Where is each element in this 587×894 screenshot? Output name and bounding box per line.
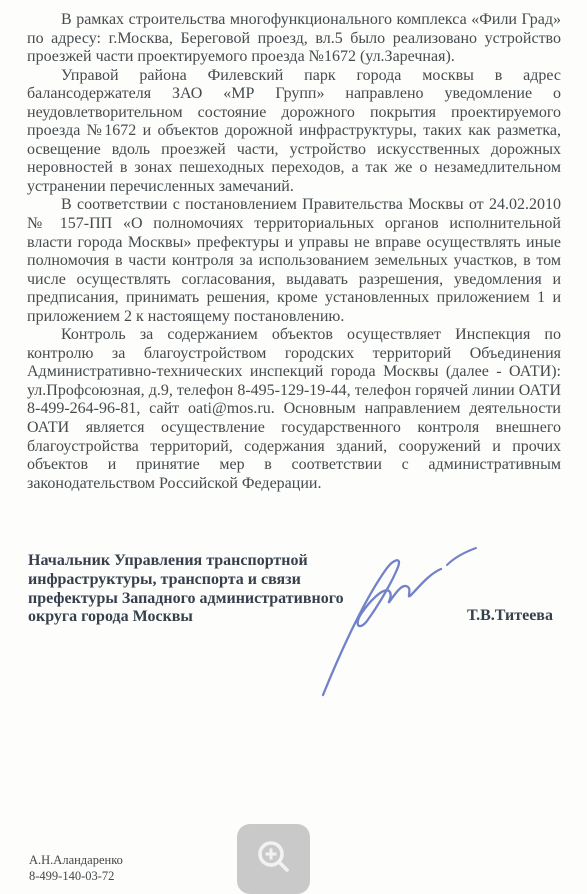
signature-stroke-main [323, 560, 441, 695]
paragraph-4: Контроль за содержанием объектов осущест… [27, 326, 561, 493]
executor-name: А.Н.Аландаренко [29, 853, 123, 869]
document-page: В рамках строительства многофункциональн… [0, 0, 587, 894]
executor-block: А.Н.Аландаренко 8-499-140-03-72 [29, 853, 123, 884]
executor-phone: 8-499-140-03-72 [29, 869, 123, 885]
paragraph-2: Управой района Филевский парк города мос… [27, 67, 561, 197]
zoom-in-icon [253, 838, 295, 880]
signature-scribble [295, 543, 495, 713]
paragraph-1: В рамках строительства многофункциональн… [27, 11, 561, 67]
signer-name: Т.В.Титеева [467, 607, 553, 625]
letter-body: В рамках строительства многофункциональн… [27, 11, 561, 493]
signature-stroke-tick [447, 548, 476, 565]
zoom-button[interactable] [237, 824, 310, 894]
paragraph-3: В соответствии с постановлением Правител… [27, 196, 561, 326]
